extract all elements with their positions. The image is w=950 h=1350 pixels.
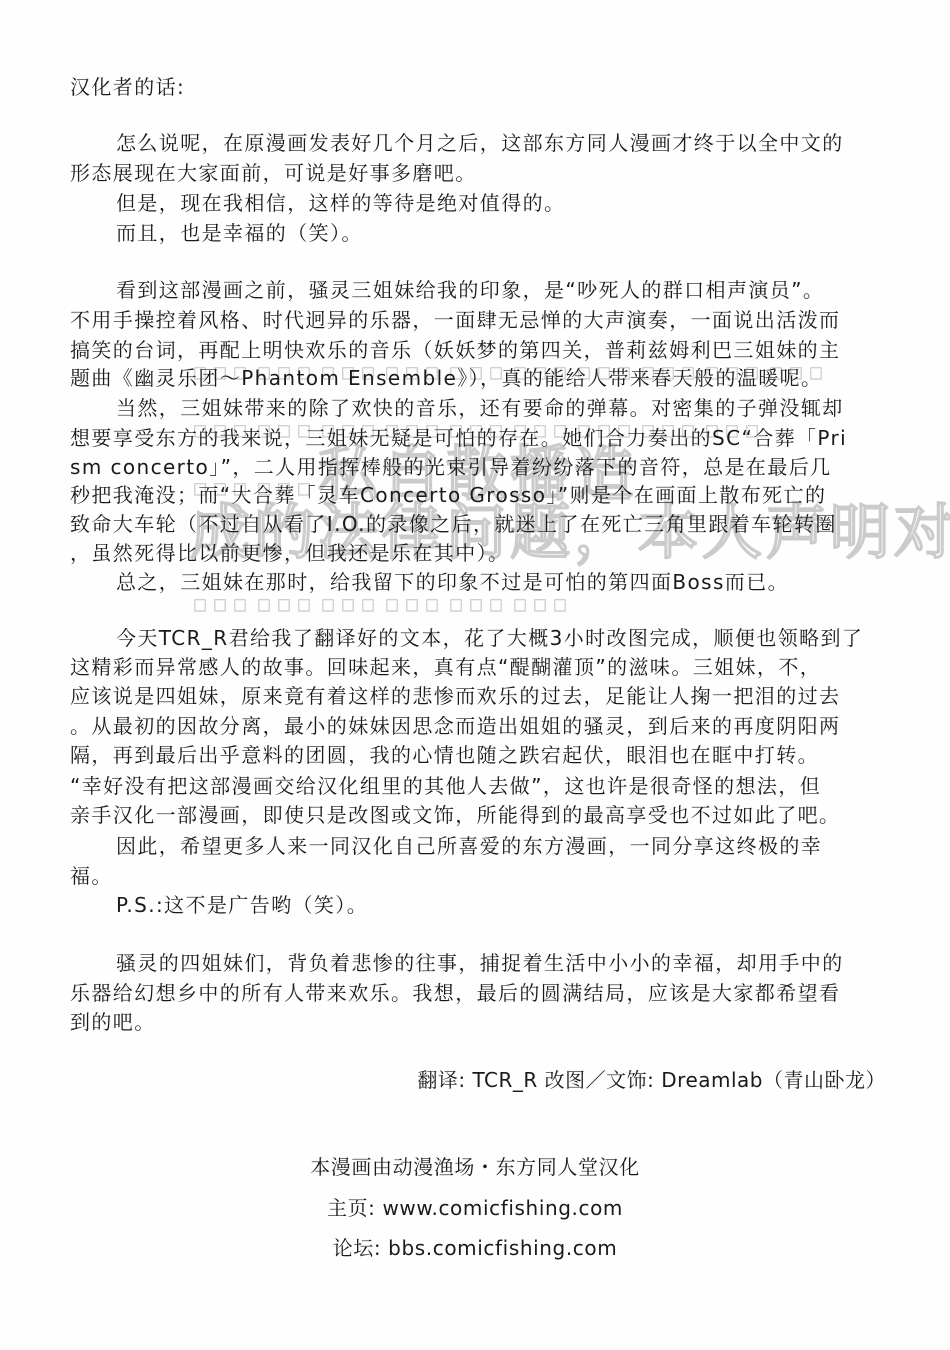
paragraph-3-line: P.S.:这不是广告哟（笑）。 xyxy=(116,893,368,917)
footer-forum-line: 论坛: bbs.comicfishing.com xyxy=(0,1236,950,1260)
paragraph-2-line: ，虽然死得比以前更惨，但我还是乐在其中）。 xyxy=(70,541,509,565)
paragraph-3-line: 应该说是四姐妹，原来竟有着这样的悲惨而欢乐的过去，足能让人掬一把泪的过去 xyxy=(70,684,840,708)
paragraph-4-line: 到的吧。 xyxy=(70,1010,156,1034)
paragraph-2-line: 不用手操控着风格、时代迥异的乐器，一面肆无忌惮的大声演奏，一面说出活泼而 xyxy=(70,308,840,332)
paragraph-1-line: 形态展现在大家面前，可说是好事多磨吧。 xyxy=(70,161,477,185)
paragraph-3-line: 隔，再到最后出乎意料的团圆，我的心情也随之跌宕起伏，眼泪也在眶中打转。 xyxy=(70,743,819,767)
footer-homepage-line: 主页: www.comicfishing.com xyxy=(0,1196,950,1220)
paragraph-2-line: 致命大车轮（不过自从看了I.O.的录像之后，就迷上了在死亡三角里跟着车轮转圈 xyxy=(70,512,837,536)
paragraph-2-line: 题曲《幽灵乐团～Phantom Ensemble》），真的能给人带来春天般的温暖… xyxy=(70,366,822,390)
credits-line: 翻译: TCR_R 改图／文饰: Dreamlab（青山卧龙） xyxy=(417,1068,886,1092)
paragraph-2-line: 搞笑的台词，再配上明快欢乐的音乐（妖妖梦的第四关，普莉兹姆利巴三姐妹的主 xyxy=(70,338,840,362)
paragraph-4-line: 骚灵的四姐妹们，背负着悲惨的往事，捕捉着生活中小小的幸福，却用手中的 xyxy=(116,951,844,975)
document-page: ………………………… ……………………… ……私自散播造 成的法律问题，本人声明… xyxy=(0,0,950,1350)
paragraph-3-line: 福。 xyxy=(70,864,113,888)
paragraph-2-line: 看到这部漫画之前，骚灵三姐妹给我的印象，是“吵死人的群口相声演员”。 xyxy=(116,278,824,302)
paragraph-2-line: sm concerto」”，二人用指挥棒般的光束引导着纷纷落下的音符，总是在最后… xyxy=(70,455,832,479)
page-title: 汉化者的话: xyxy=(70,75,185,99)
paragraph-3-line: 这精彩而异常感人的故事。回味起来，真有点“醍醐灌顶”的滋味。三姐妹，不， xyxy=(70,655,821,679)
paragraph-2-line: 秒把我淹没；而“大合葬「灵车Concerto Grosso」”则是个在画面上散布… xyxy=(70,483,826,507)
paragraph-2-line: 当然，三姐妹带来的除了欢快的音乐，还有要命的弹幕。对密集的子弹没辄却 xyxy=(116,396,844,420)
paragraph-3-line: “幸好没有把这部漫画交给汉化组里的其他人去做”，这也许是很奇怪的想法，但 xyxy=(70,774,821,798)
paragraph-3-line: 因此，希望更多人来一同汉化自己所喜爱的东方漫画，一同分享这终极的幸 xyxy=(116,834,822,858)
paragraph-1-line: 但是，现在我相信，这样的等待是绝对值得的。 xyxy=(116,191,565,215)
paragraph-2-line: 想要享受东方的我来说，三姐妹无疑是可怕的存在。她们合力奏出的SC“合葬「Pri xyxy=(70,426,847,450)
paragraph-1-line: 而且，也是幸福的（笑）。 xyxy=(116,221,363,245)
paragraph-2-line: 总之，三姐妹在那时，给我留下的印象不过是可怕的第四面Boss而已。 xyxy=(116,570,789,594)
footer-group-line: 本漫画由动漫渔场・东方同人堂汉化 xyxy=(0,1155,950,1179)
paragraph-3-line: 今天TCR_R君给我了翻译好的文本，花了大概3小时改图完成，顺便也领略到了 xyxy=(116,626,863,650)
paragraph-1-line: 怎么说呢，在原漫画发表好几个月之后，这部东方同人漫画才终于以全中文的 xyxy=(116,131,844,155)
paragraph-3-line: 。从最初的因故分离，最小的妹妹因思念而造出姐姐的骚灵，到后来的再度阴阳两 xyxy=(70,714,840,738)
paragraph-4-line: 乐器给幻想乡中的所有人带来欢乐。我想，最后的圆满结局，应该是大家都希望看 xyxy=(70,981,840,1005)
paragraph-3-line: 亲手汉化一部漫画，即使只是改图或文饰，所能得到的最高享受也不过如此了吧。 xyxy=(70,803,840,827)
